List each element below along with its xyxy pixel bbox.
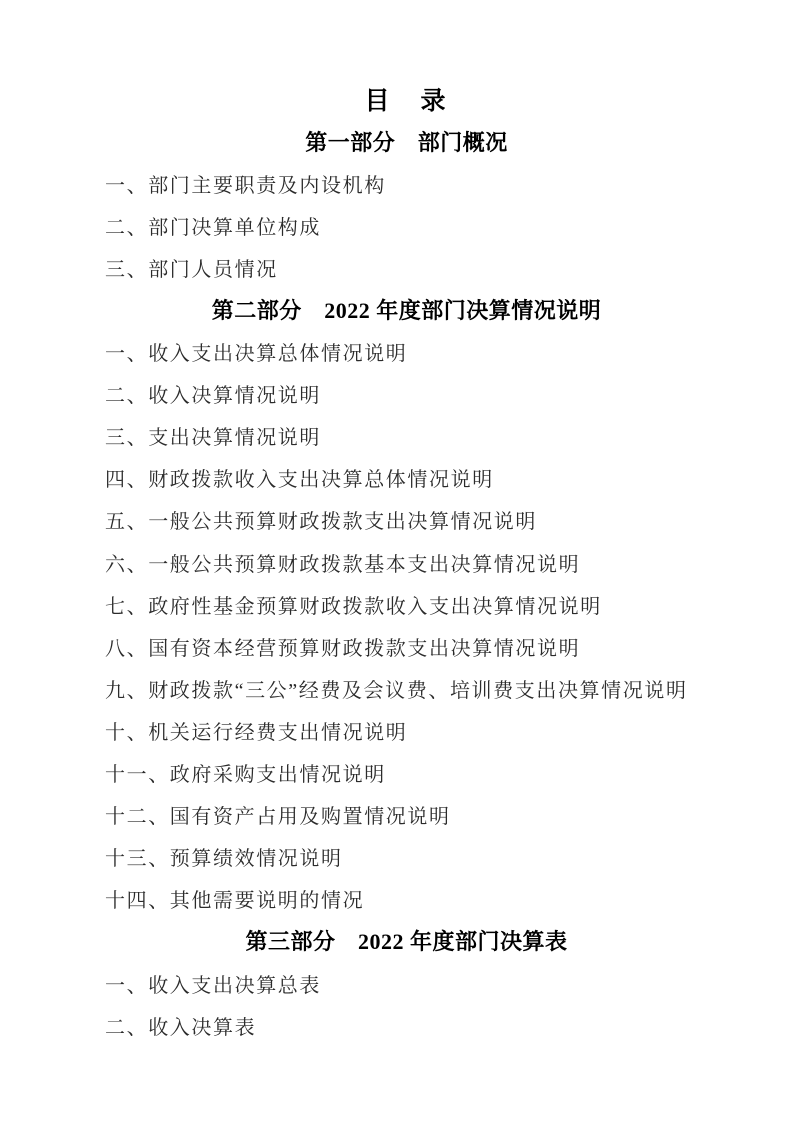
toc-item-row: 六、一般公共预算财政拨款基本支出决算情况说明 — [0, 541, 793, 583]
toc-item: 五、一般公共预算财政拨款支出决算情况说明 — [105, 505, 537, 534]
toc-item-row: 三、支出决算情况说明 — [0, 415, 793, 457]
section-3-heading: 第三部分 2022 年度部门决算表 — [245, 925, 567, 956]
toc-item-row: 一、收入支出决算总表 — [0, 962, 793, 1004]
title-row: 目 录 — [0, 78, 793, 120]
toc-item-row: 十三、预算绩效情况说明 — [0, 836, 793, 878]
toc-item-row: 七、政府性基金预算财政拨款收入支出决算情况说明 — [0, 583, 793, 625]
toc-item: 二、部门决算单位构成 — [105, 211, 321, 240]
toc-item: 七、政府性基金预算财政拨款收入支出决算情况说明 — [105, 590, 602, 619]
toc-item: 二、收入决算情况说明 — [105, 379, 321, 408]
toc-item-row: 十四、其他需要说明的情况 — [0, 878, 793, 920]
toc-item-row: 二、收入决算表 — [0, 1004, 793, 1046]
toc-item: 一、部门主要职责及内设机构 — [105, 169, 386, 198]
toc-item-row: 十二、国有资产占用及购置情况说明 — [0, 794, 793, 836]
toc-item: 二、收入决算表 — [105, 1011, 256, 1040]
section-2-heading-row: 第二部分 2022 年度部门决算情况说明 — [0, 288, 793, 330]
toc-item: 十四、其他需要说明的情况 — [105, 884, 364, 913]
toc-item: 三、支出决算情况说明 — [105, 421, 321, 450]
section-1-heading: 第一部分 部门概况 — [305, 126, 508, 157]
page-title: 目 录 — [364, 81, 448, 117]
toc-item: 十三、预算绩效情况说明 — [105, 842, 343, 871]
section-1-heading-row: 第一部分 部门概况 — [0, 120, 793, 162]
toc-item-row: 九、财政拨款“三公”经费及会议费、培训费支出决算情况说明 — [0, 667, 793, 709]
toc-item: 十一、政府采购支出情况说明 — [105, 758, 386, 787]
toc-item-row: 八、国有资本经营预算财政拨款支出决算情况说明 — [0, 625, 793, 667]
toc-item-row: 四、财政拨款收入支出决算总体情况说明 — [0, 457, 793, 499]
section-3-heading-row: 第三部分 2022 年度部门决算表 — [0, 920, 793, 962]
toc-item: 十、机关运行经费支出情况说明 — [105, 716, 407, 745]
toc-item: 九、财政拨款“三公”经费及会议费、培训费支出决算情况说明 — [105, 674, 688, 703]
toc-item: 八、国有资本经营预算财政拨款支出决算情况说明 — [105, 632, 580, 661]
toc-item: 一、收入支出决算总体情况说明 — [105, 337, 407, 366]
toc-item-row: 二、部门决算单位构成 — [0, 204, 793, 246]
toc-item-row: 二、收入决算情况说明 — [0, 373, 793, 415]
toc-item-row: 五、一般公共预算财政拨款支出决算情况说明 — [0, 499, 793, 541]
toc-item: 六、一般公共预算财政拨款基本支出决算情况说明 — [105, 548, 580, 577]
toc-item-row: 一、部门主要职责及内设机构 — [0, 162, 793, 204]
toc-item: 十二、国有资产占用及购置情况说明 — [105, 800, 451, 829]
toc-item-row: 十一、政府采购支出情况说明 — [0, 752, 793, 794]
toc-item: 三、部门人员情况 — [105, 253, 278, 282]
section-2-heading: 第二部分 2022 年度部门决算情况说明 — [212, 294, 602, 325]
toc-item-row: 一、收入支出决算总体情况说明 — [0, 331, 793, 373]
toc-item: 四、财政拨款收入支出决算总体情况说明 — [105, 463, 494, 492]
toc-item-row: 十、机关运行经费支出情况说明 — [0, 709, 793, 751]
toc-item: 一、收入支出决算总表 — [105, 969, 321, 998]
document-page: 目 录 第一部分 部门概况 一、部门主要职责及内设机构 二、部门决算单位构成 三… — [0, 0, 793, 1122]
toc-item-row: 三、部门人员情况 — [0, 246, 793, 288]
